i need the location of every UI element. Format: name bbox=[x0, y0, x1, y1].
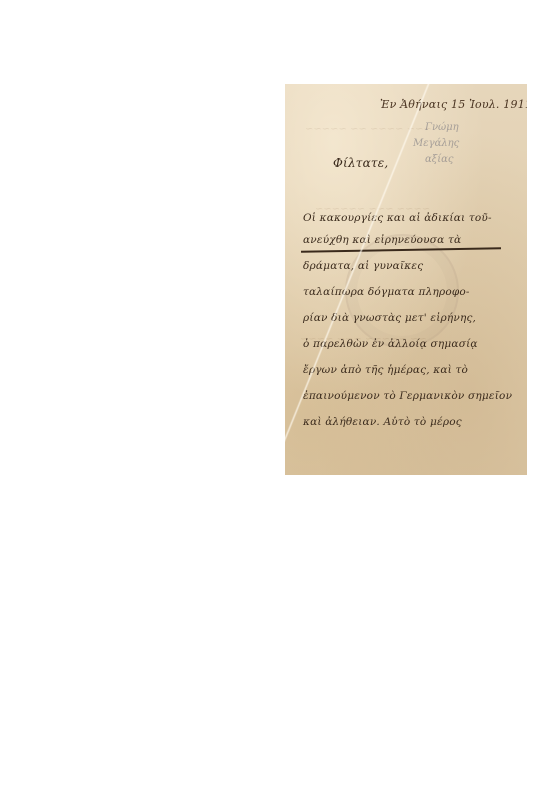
letter-body-line: ανεύχθη καὶ εἰρηνεύουσα τὰ bbox=[303, 234, 461, 246]
letter-body-line: ρίαν διὰ γνωστὰς μετ' εἰρήνης, bbox=[303, 312, 476, 324]
handwritten-letter-scan: ~~~ ~~~~ ~~ ~~~~~ ~~~~ ~~~ ~~~~~~ ~~ ~~~… bbox=[285, 84, 527, 475]
pencil-annotation-line: αξίας bbox=[425, 154, 454, 165]
letter-date-line: Ἐν Ἀθήναις 15 Ἰουλ. 1911 bbox=[380, 98, 527, 111]
letter-body-line: ὁ παρελθὼν ἐν ἀλλοίᾳ σημασίᾳ bbox=[303, 338, 478, 350]
pencil-annotation-line: Γνώμη bbox=[425, 122, 459, 133]
pencil-annotation-line: Μεγάλης bbox=[413, 138, 459, 149]
letter-salutation: Φίλτατε, bbox=[333, 156, 388, 170]
paper-fold-crease bbox=[285, 464, 387, 475]
letter-body-line: ἐπαινούμενον τὸ Γερμανικὸν σημεῖον bbox=[303, 390, 512, 402]
letter-body-line: ταλαίπωρα δόγματα πληροφο- bbox=[303, 286, 470, 298]
letter-body-line: καὶ ἀλήθειαν. Αὐτὸ τὸ μέρος bbox=[303, 416, 462, 428]
document-page: ~~~ ~~~~ ~~ ~~~~~ ~~~~ ~~~ ~~~~~~ ~~ ~~~… bbox=[0, 0, 549, 800]
letter-body-line: ἔργων ἀπὸ τῆς ἡμέρας, καὶ τὸ bbox=[303, 364, 468, 376]
letter-body-line: Οἱ κακουργίες και αἱ ἀδικίαι τοῦ- bbox=[303, 212, 492, 224]
letter-body-line: δράματα, αἱ γυναῖκες bbox=[303, 260, 423, 272]
